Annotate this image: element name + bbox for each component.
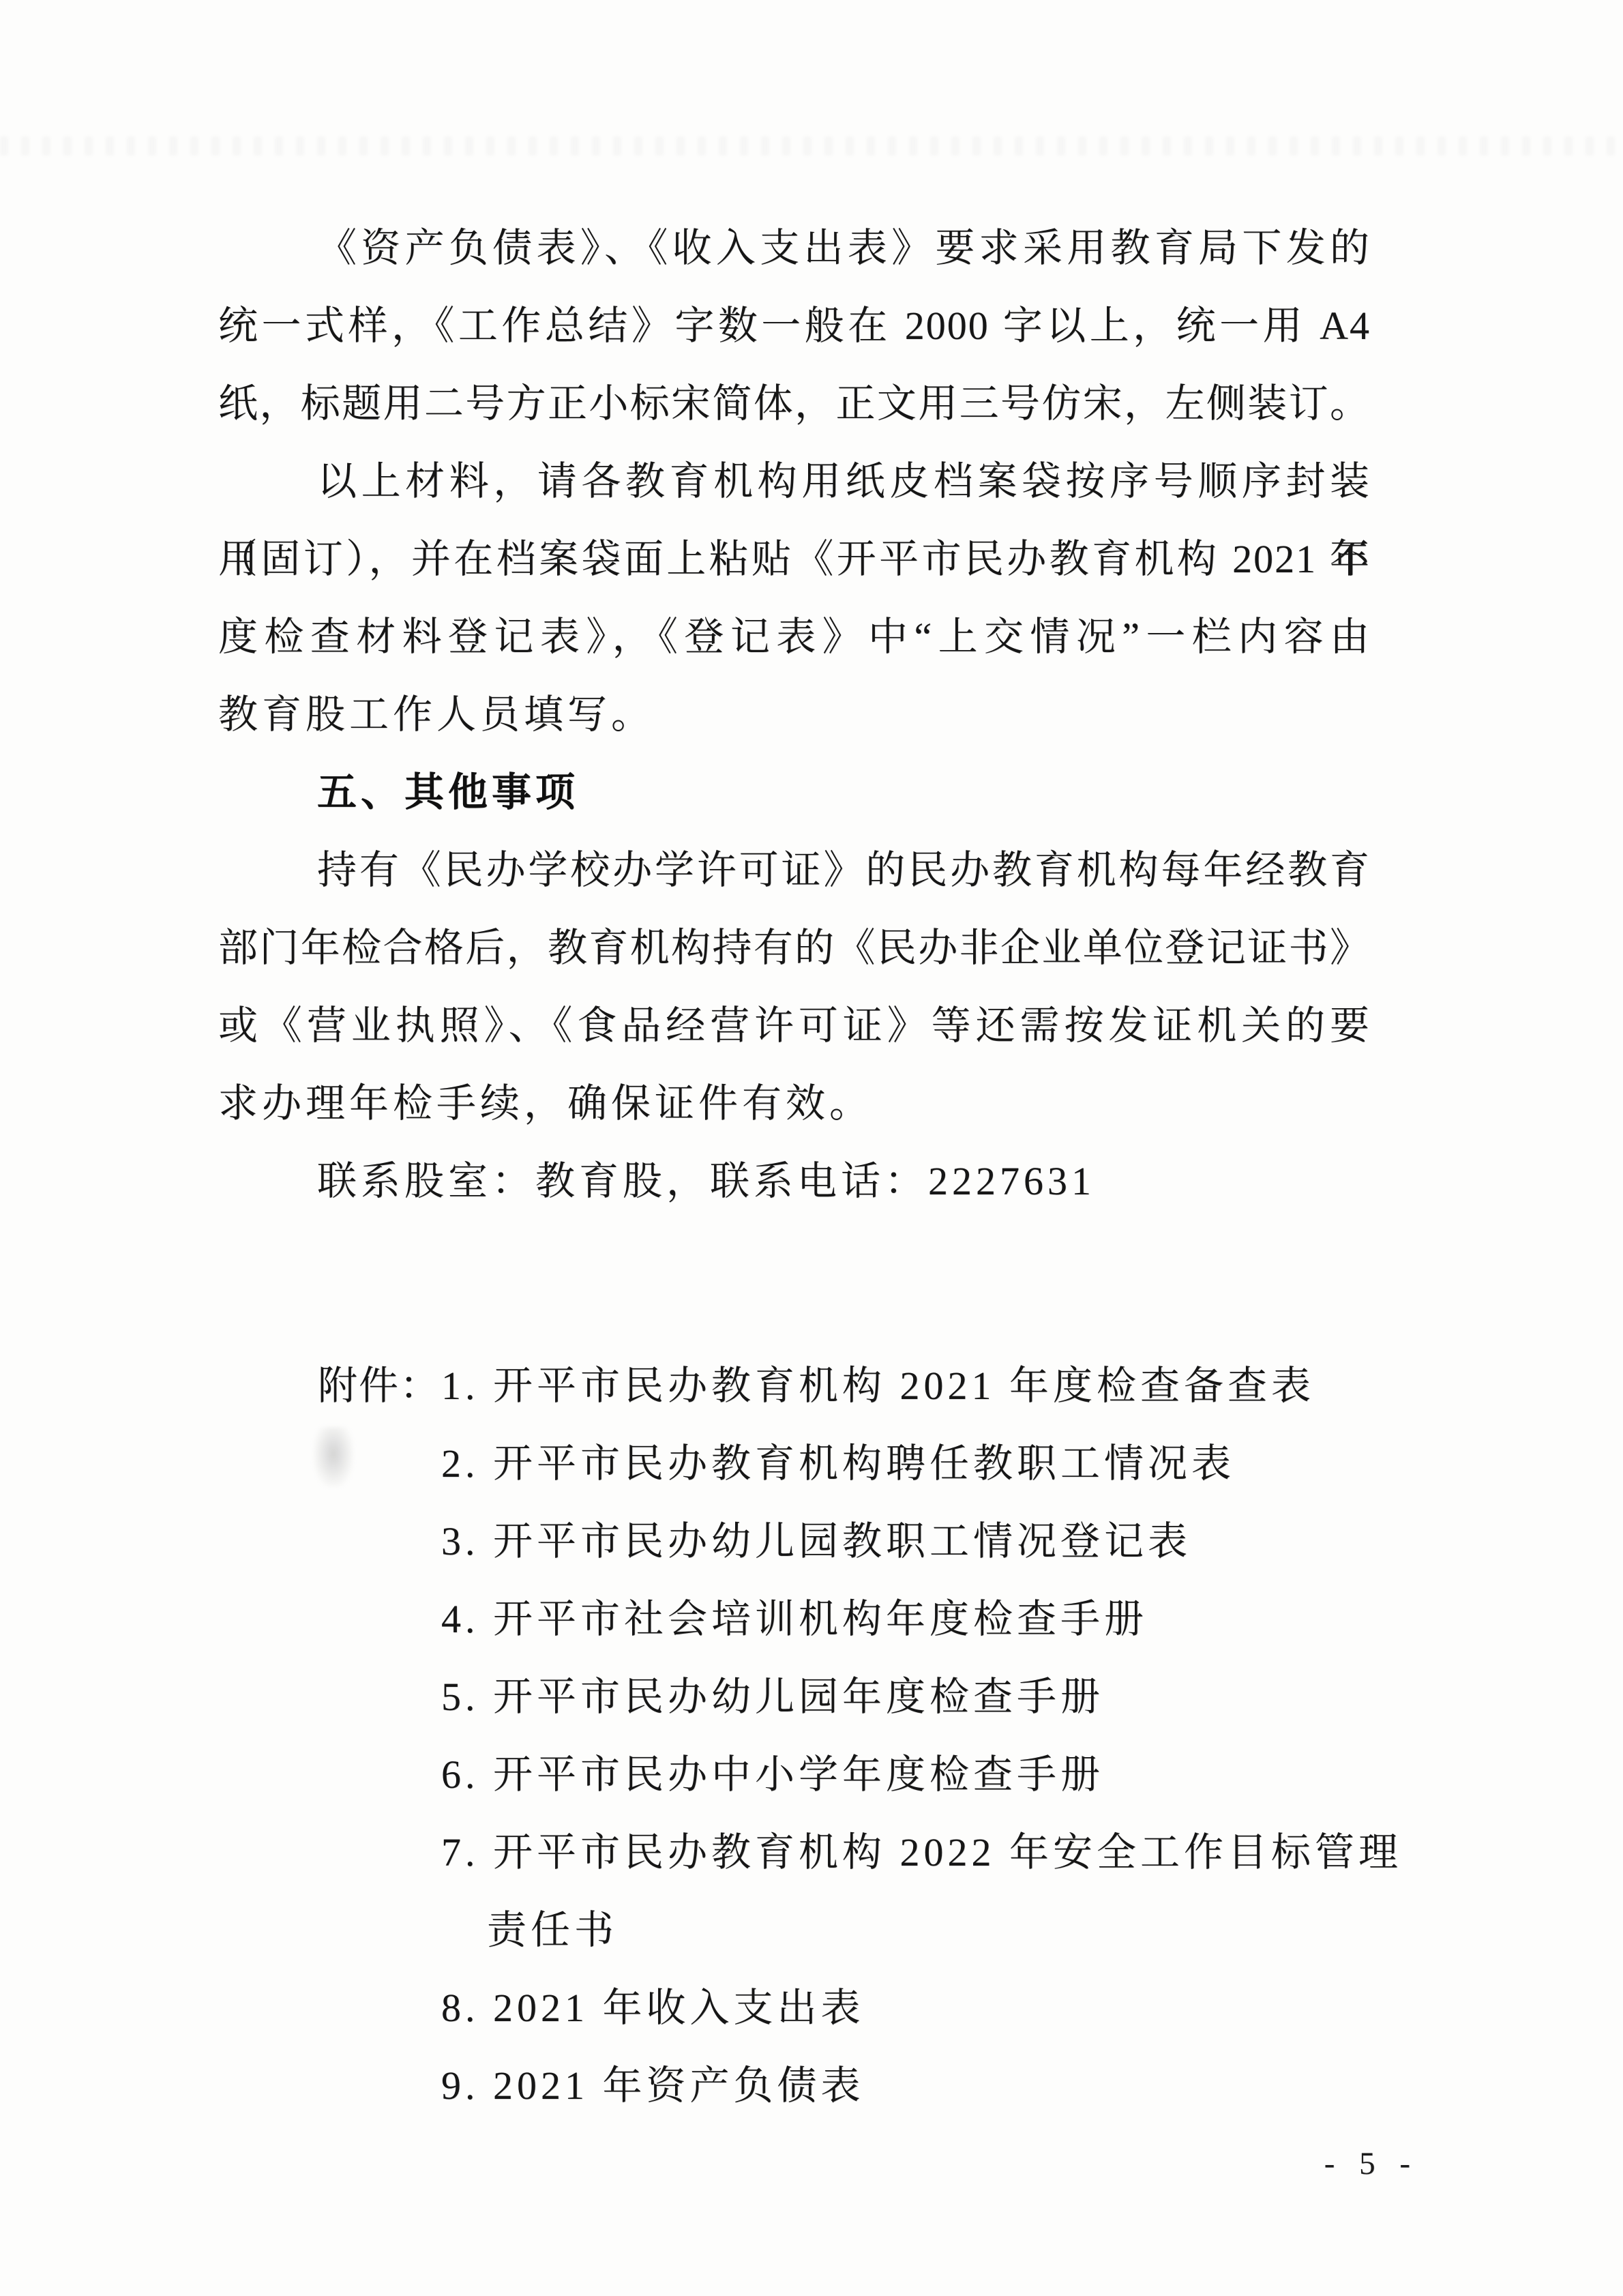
attachment-continuation-line: 责任书 — [441, 1892, 1402, 1969]
document-body: 《资产负债表》、《收入支出表》要求采用教育局下发的统一式样，《工作总结》字数一般… — [218, 209, 1371, 2125]
attachment-line: 8. 2021 年收入支出表 — [441, 1969, 1402, 2047]
attachment-line: 7. 开平市民办教育机构 2022 年安全工作目标管理 — [441, 1814, 1402, 1892]
attachment-item: 1. 开平市民办教育机构 2021 年度检查备查表 — [441, 1347, 1402, 1425]
text-line: 《资产负债表》、《收入支出表》要求采用教育局下发的 — [218, 209, 1371, 287]
text-line: 部门年检合格后，教育机构持有的《民办非企业单位登记证书》 — [218, 909, 1371, 987]
attachments-block: 附件： 1. 开平市民办教育机构 2021 年度检查备查表2. 开平市民办教育机… — [218, 1347, 1402, 2125]
attachment-item: 9. 2021 年资产负债表 — [441, 2047, 1402, 2125]
attachment-item: 3. 开平市民办幼儿园教职工情况登记表 — [441, 1503, 1402, 1580]
attachment-item: 7. 开平市民办教育机构 2022 年安全工作目标管理责任书 — [441, 1814, 1402, 1969]
paragraph-container: 《资产负债表》、《收入支出表》要求采用教育局下发的统一式样，《工作总结》字数一般… — [218, 209, 1371, 1220]
attachment-item: 8. 2021 年收入支出表 — [441, 1969, 1402, 2047]
page-number: - 5 - — [1324, 2143, 1418, 2184]
attachment-line: 2. 开平市民办教育机构聘任教职工情况表 — [441, 1425, 1402, 1503]
section-heading: 五、其他事项 — [218, 754, 1371, 831]
attachment-line: 3. 开平市民办幼儿园教职工情况登记表 — [441, 1503, 1402, 1580]
attachment-item: 6. 开平市民办中小学年度检查手册 — [441, 1736, 1402, 1814]
text-line: 用固订），并在档案袋面上粘贴《开平市民办教育机构 2021 年 — [218, 520, 1371, 598]
text-line: 持有《民办学校办学许可证》的民办教育机构每年经教育 — [218, 831, 1371, 909]
document-page: 《资产负债表》、《收入支出表》要求采用教育局下发的统一式样，《工作总结》字数一般… — [0, 0, 1623, 2296]
attachment-item: 4. 开平市社会培训机构年度检查手册 — [441, 1580, 1402, 1658]
text-line: 纸，标题用二号方正小标宋简体，正文用三号仿宋，左侧装订。 — [218, 365, 1371, 443]
text-line: 求办理年检手续，确保证件有效。 — [218, 1065, 1371, 1143]
attachment-line: 5. 开平市民办幼儿园年度检查手册 — [441, 1658, 1402, 1736]
text-line: 以上材料，请各教育机构用纸皮档案袋按序号顺序封装（不 — [218, 443, 1371, 520]
attachment-line: 4. 开平市社会培训机构年度检查手册 — [441, 1580, 1402, 1658]
text-line: 联系股室：教育股，联系电话：2227631 — [218, 1143, 1371, 1220]
attachment-item: 2. 开平市民办教育机构聘任教职工情况表 — [441, 1425, 1402, 1503]
attachment-item: 5. 开平市民办幼儿园年度检查手册 — [441, 1658, 1402, 1736]
attachments-list: 1. 开平市民办教育机构 2021 年度检查备查表2. 开平市民办教育机构聘任教… — [441, 1347, 1402, 2125]
attachment-line: 6. 开平市民办中小学年度检查手册 — [441, 1736, 1402, 1814]
attachment-line: 9. 2021 年资产负债表 — [441, 2047, 1402, 2125]
text-line: 或《营业执照》、《食品经营许可证》等还需按发证机关的要 — [218, 987, 1371, 1065]
text-line: 教育股工作人员填写。 — [218, 676, 1371, 754]
attachment-line: 1. 开平市民办教育机构 2021 年度检查备查表 — [441, 1347, 1402, 1425]
attachments-section: 附件： 1. 开平市民办教育机构 2021 年度检查备查表2. 开平市民办教育机… — [218, 1347, 1371, 2125]
text-line: 统一式样，《工作总结》字数一般在 2000 字以上，统一用 A4 — [218, 287, 1371, 365]
text-line: 度检查材料登记表》，《登记表》中“上交情况”一栏内容由 — [218, 598, 1371, 676]
attachments-label: 附件： — [318, 1347, 441, 1425]
scan-noise-band — [0, 136, 1623, 156]
